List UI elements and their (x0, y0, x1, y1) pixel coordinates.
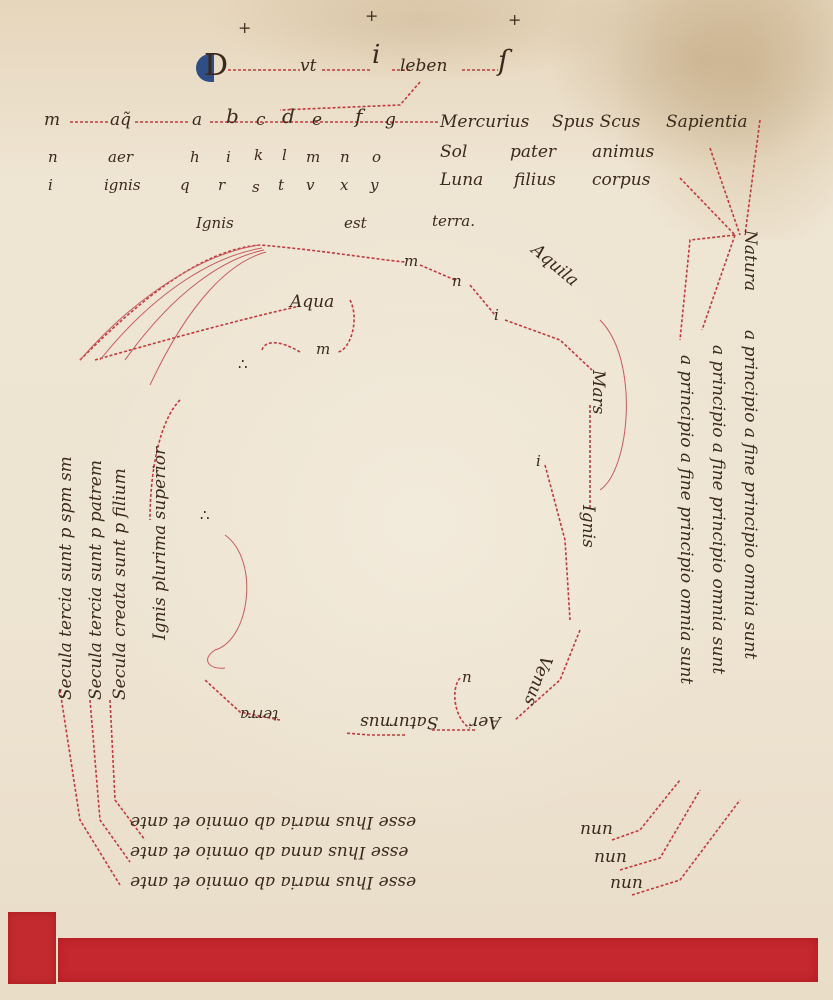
rubric-band (58, 938, 818, 982)
table-cell: k (254, 146, 263, 164)
corr-cell: Luna (440, 170, 483, 190)
unum-word: unu (610, 874, 643, 894)
table-cell: t (278, 176, 284, 194)
table-cell: s (252, 178, 260, 196)
corr-cell: filius (514, 170, 556, 190)
table-cell: m (306, 148, 320, 166)
label-aqua: Aqua (290, 292, 334, 312)
caption-word: terra. (432, 212, 475, 230)
col-label: aq̃ (110, 110, 131, 130)
table-cell: g (385, 110, 396, 130)
corr-cell: pater (510, 142, 556, 162)
row-label: i (48, 176, 53, 194)
caption-word: Ignis (196, 214, 234, 232)
path-letter: n (452, 272, 462, 290)
header-word: i (372, 40, 380, 70)
corr-cell: animus (592, 142, 654, 162)
table-cell: r (218, 176, 225, 194)
header-word: vt (300, 56, 316, 76)
cross-mark: + (508, 10, 521, 29)
label-mars: Mars (588, 370, 608, 414)
corr-cell: corpus (592, 170, 650, 190)
bottom-line: esse Ihus anna ab omnio et ante (130, 842, 408, 862)
col-label: ignis (104, 176, 141, 194)
left-line: Secula tercia sunt p patrem (86, 460, 106, 700)
left-line: Secula creata sunt p filium (110, 468, 130, 700)
table-cell: o (372, 148, 381, 166)
row-label: n (48, 148, 58, 166)
left-line: Secula tercia sunt p spm sm (56, 456, 76, 700)
right-line: a principio a fine principio omnia sunt (676, 355, 696, 684)
header-word: ſ (498, 44, 508, 77)
label-ignis: Ignis (578, 505, 598, 548)
table-cell: b (226, 104, 239, 128)
col-label: aer (108, 148, 133, 166)
cross-mark: + (238, 18, 251, 37)
cross-mark: + (365, 6, 378, 25)
dots-mark: ∴ (200, 506, 210, 524)
initial-letter: D (204, 48, 228, 83)
path-letter: m (404, 252, 418, 270)
table-cell: v (306, 176, 314, 194)
corr-cell: Spus Scus (552, 112, 640, 132)
unum-word: unu (594, 848, 627, 868)
table-cell: a (192, 110, 202, 130)
table-cell: i (226, 148, 231, 166)
illuminated-initial: D (196, 48, 228, 84)
left-line: Ignis plurima superior (150, 447, 170, 640)
header-word: leben (400, 56, 447, 76)
dots-mark: ∴ (238, 355, 248, 373)
table-cell: e (312, 110, 322, 130)
path-letter: n (462, 668, 472, 686)
corr-cell: Sapientia (666, 112, 748, 132)
rubric-band-cap (8, 912, 56, 984)
bottom-line: esse Ihus maria ab omnio et ante (130, 812, 416, 832)
table-cell: d (282, 104, 295, 128)
table-cell: n (340, 148, 350, 166)
table-cell: h (190, 148, 200, 166)
right-line: a principio a fine principio omnia sunt (740, 330, 760, 659)
right-line: a principio a fine principio omnia sunt (708, 345, 728, 674)
caption-word: est (344, 214, 367, 232)
row-label: m (44, 110, 60, 130)
table-cell: x (340, 176, 348, 194)
table-cell: q (180, 176, 190, 194)
label-aqua-m: m (316, 340, 330, 358)
bottom-line: esse Ihus maria ab omnio et ante (130, 872, 416, 892)
path-letter: i (494, 306, 499, 324)
table-cell: l (282, 146, 287, 164)
unum-word: unu (580, 820, 613, 840)
path-letter: i (536, 452, 541, 470)
label-saturnus: Saturnus (360, 712, 438, 732)
table-cell: y (370, 176, 378, 194)
corr-cell: Sol (440, 142, 467, 162)
table-cell: c (256, 110, 266, 130)
label-aer: Aer (470, 712, 500, 732)
table-cell: f (355, 104, 362, 128)
label-terra: terra (240, 706, 278, 724)
corr-cell: Mercurius (440, 112, 529, 132)
label-natura: Natura (740, 230, 760, 291)
